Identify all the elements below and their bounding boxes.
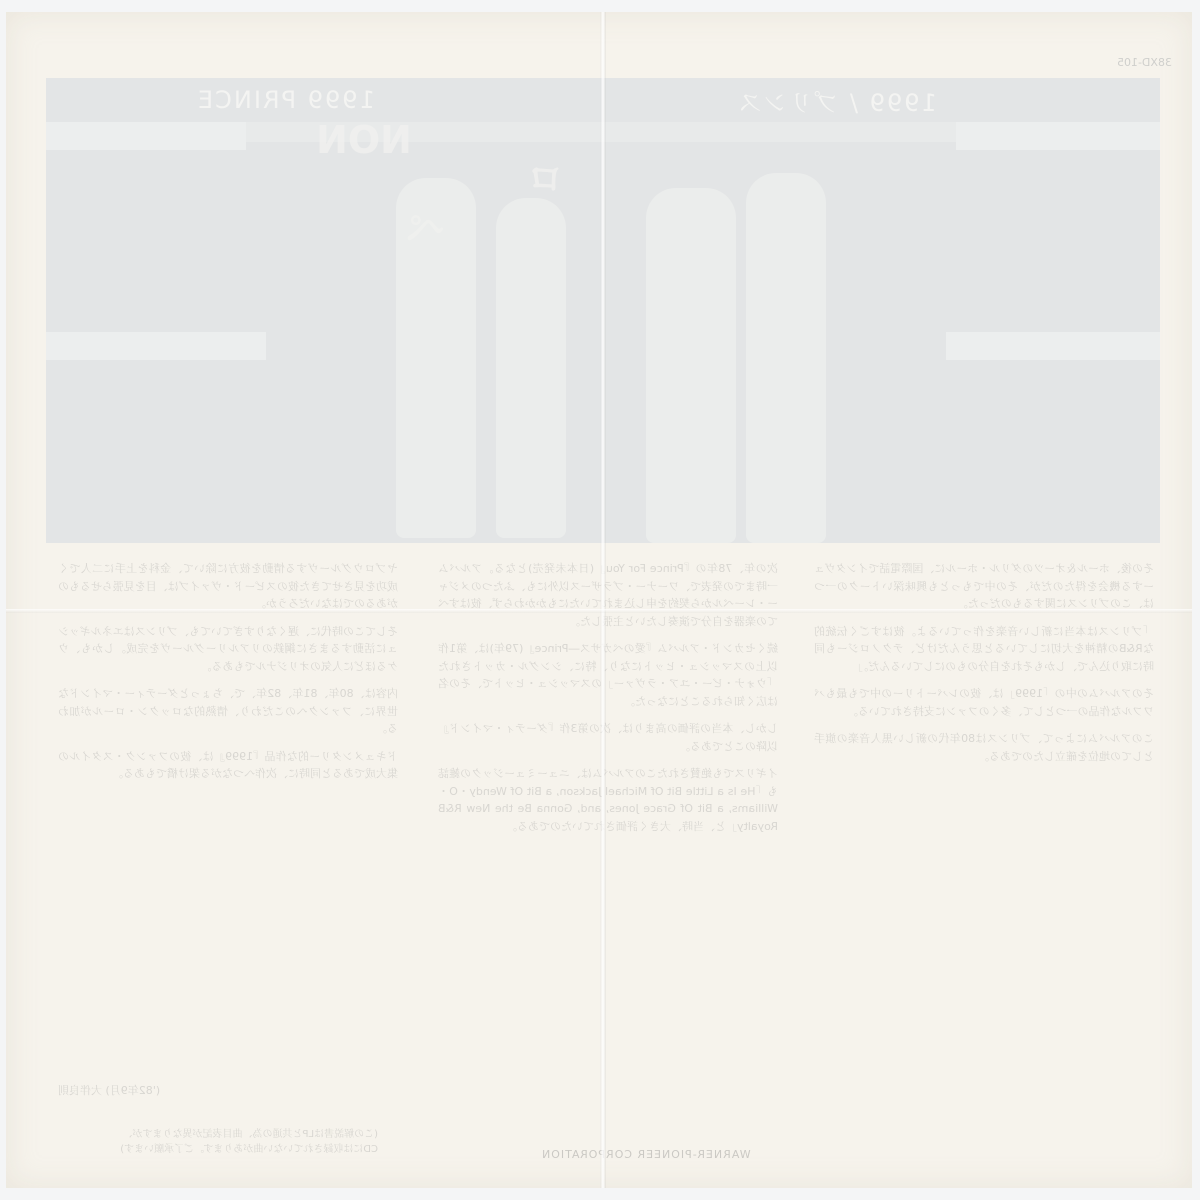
scrawl-text: ぺ: [406, 198, 444, 253]
scrawl-text: ロ: [526, 148, 564, 203]
title-english: 1999 PRINCE: [196, 78, 496, 122]
text-column-3: その後、ホール＆オーツのダリル・ホールに、国際電話でインタヴューする機会を得たの…: [814, 560, 1154, 1050]
publisher-footer: WARNER-PIONEER CORPORATION: [496, 1148, 796, 1161]
horizontal-fold: [6, 609, 1192, 613]
title-japanese: 1999 / プリンス: [736, 78, 1036, 122]
figure-silhouette: [496, 198, 566, 538]
track-band-left-2: [46, 332, 266, 360]
track-band-left: [46, 122, 246, 150]
scrawl-text: NON: [316, 118, 412, 162]
figure-silhouette: [646, 188, 736, 543]
track-band-right-2: [946, 332, 1160, 360]
disclaimer-note: (この解説書はLPと共通の為、曲目表記が異なりますが、 CDには収録されていない…: [58, 1127, 378, 1157]
vertical-fold: [600, 12, 606, 1188]
author-signature: ('82年9月) 大伴良則: [58, 1082, 160, 1098]
liner-notes-sheet: 1999 PRINCE 1999 / プリンス NON ぺ ロ 38XD-105…: [6, 12, 1192, 1188]
figure-silhouette: [746, 173, 826, 543]
catalog-number: 38XD-105: [1117, 56, 1172, 69]
text-column-2: 次の年、78年の『Prince For You』(日本未発売)となる。アルバム一…: [438, 560, 778, 1050]
track-band-right: [956, 122, 1160, 150]
